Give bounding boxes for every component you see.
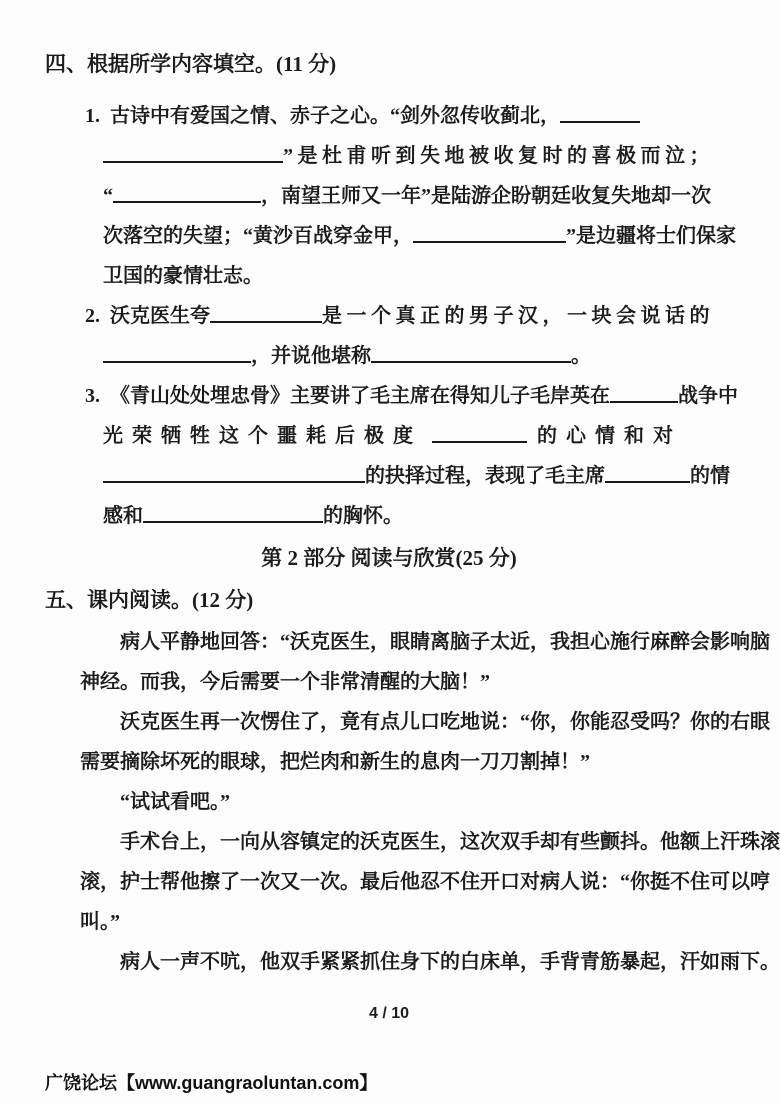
exam-page: 四、根据所学内容填空。(11 分) 1.古诗中有爱国之情、赤子之心。“剑外忽传收… [0,0,780,1103]
item-number: 3. [85,376,100,416]
question-line: ”是杜甫听到失地被收复时的喜极而泣； [45,136,733,176]
passage-line: 需要摘除坏死的眼球，把烂肉和新生的息肉一刀刀割掉！” [45,742,733,782]
question-line: 3.《青山处处埋忠骨》主要讲了毛主席在得知儿子毛岸英在战争中 [45,376,733,416]
question-text: ，南望王师又一年”是陆游企盼朝廷收复失地却一次 [261,185,711,207]
answer-blank [143,506,323,523]
section5-heading: 五、课内阅读。(12 分) [45,580,733,620]
question-text: 是一个真正的男子汉，一块会说话的 [322,305,714,327]
passage-line: 手术台上，一向从容镇定的沃克医生，这次双手却有些颤抖。他额上汗珠滚 [45,822,733,862]
answer-blank [371,346,571,363]
section4-items: 1.古诗中有爱国之情、赤子之心。“剑外忽传收蓟北，”是杜甫听到失地被收复时的喜极… [45,96,733,536]
section4-heading: 四、根据所学内容填空。(11 分) [45,46,733,82]
item-number: 2. [85,296,100,336]
passage-line: 沃克医生再一次愣住了，竟有点儿口吃地说：“你，你能忍受吗？你的右眼 [45,702,733,742]
question-line: 光荣牺牲这个噩耗后极度的心情和对 [45,416,733,456]
question-text: 。 [571,345,591,367]
answer-blank [103,466,365,483]
question-line: 的抉择过程，表现了毛主席的情 [45,456,733,496]
question-text: ”是杜甫听到失地被收复时的喜极而泣； [283,145,714,167]
question-text: “ [103,185,113,207]
question-item-2: 2.沃克医生夸是一个真正的男子汉，一块会说话的，并说他堪称。 [45,296,733,376]
question-text: ，并说他堪称 [251,345,371,367]
passage-line: 神经。而我，今后需要一个非常清醒的大脑！” [45,662,733,702]
question-line: 感和的胸怀。 [45,496,733,536]
question-text: 卫国的豪情壮志。 [103,265,263,287]
answer-blank [605,466,690,483]
question-text: 光荣牺牲这个噩耗后极度 [103,425,422,447]
answer-blank [432,426,527,443]
question-item-3: 3.《青山处处埋忠骨》主要讲了毛主席在得知儿子毛岸英在战争中光荣牺牲这个噩耗后极… [45,376,733,536]
question-text: 沃克医生夸 [110,305,210,327]
footer-site-label: 广饶论坛【www.guangraoluntan.com】 [45,1071,377,1095]
question-item-1: 1.古诗中有爱国之情、赤子之心。“剑外忽传收蓟北，”是杜甫听到失地被收复时的喜极… [45,96,733,296]
part2-heading: 第 2 部分 阅读与欣赏(25 分) [45,538,733,578]
answer-blank [210,306,322,323]
question-text: 战争中 [678,385,738,407]
question-text: 的抉择过程，表现了毛主席 [365,465,605,487]
answer-blank [103,346,251,363]
question-line: 2.沃克医生夸是一个真正的男子汉，一块会说话的 [45,296,733,336]
reading-passage: 病人平静地回答：“沃克医生，眼睛离脑子太近，我担心施行麻醉会影响脑神经。而我，今… [45,622,733,982]
answer-blank [610,386,678,403]
question-text: 的情 [690,465,730,487]
question-line: 1.古诗中有爱国之情、赤子之心。“剑外忽传收蓟北， [45,96,733,136]
passage-line: 叫。” [45,902,733,942]
answer-blank [560,106,640,123]
question-text: 次落空的失望；“黄沙百战穿金甲， [103,225,413,247]
question-text: 感和 [103,505,143,527]
question-text: 古诗中有爱国之情、赤子之心。“剑外忽传收蓟北， [110,105,560,127]
question-text: ”是边疆将士们保家 [566,225,736,247]
answer-blank [103,146,283,163]
question-text: 《青山处处埋忠骨》主要讲了毛主席在得知儿子毛岸英在 [110,385,610,407]
passage-line: “试试看吧。” [45,782,733,822]
question-text: 的心情和对 [537,425,682,447]
passage-line: 滚，护士帮他擦了一次又一次。最后他忍不住开口对病人说：“你挺不住可以哼 [45,862,733,902]
item-number: 1. [85,96,100,136]
question-line: ，并说他堪称。 [45,336,733,376]
question-line: 次落空的失望；“黄沙百战穿金甲，”是边疆将士们保家 [45,216,733,256]
answer-blank [113,186,261,203]
passage-line: 病人一声不吭，他双手紧紧抓住身下的白床单，手背青筋暴起，汗如雨下。 [45,942,733,982]
passage-line: 病人平静地回答：“沃克医生，眼睛离脑子太近，我担心施行麻醉会影响脑 [45,622,733,662]
question-line: “，南望王师又一年”是陆游企盼朝廷收复失地却一次 [45,176,733,216]
answer-blank [413,226,566,243]
question-line: 卫国的豪情壮志。 [45,256,733,296]
page-number: 4 / 10 [45,1004,733,1024]
question-text: 的胸怀。 [323,505,403,527]
